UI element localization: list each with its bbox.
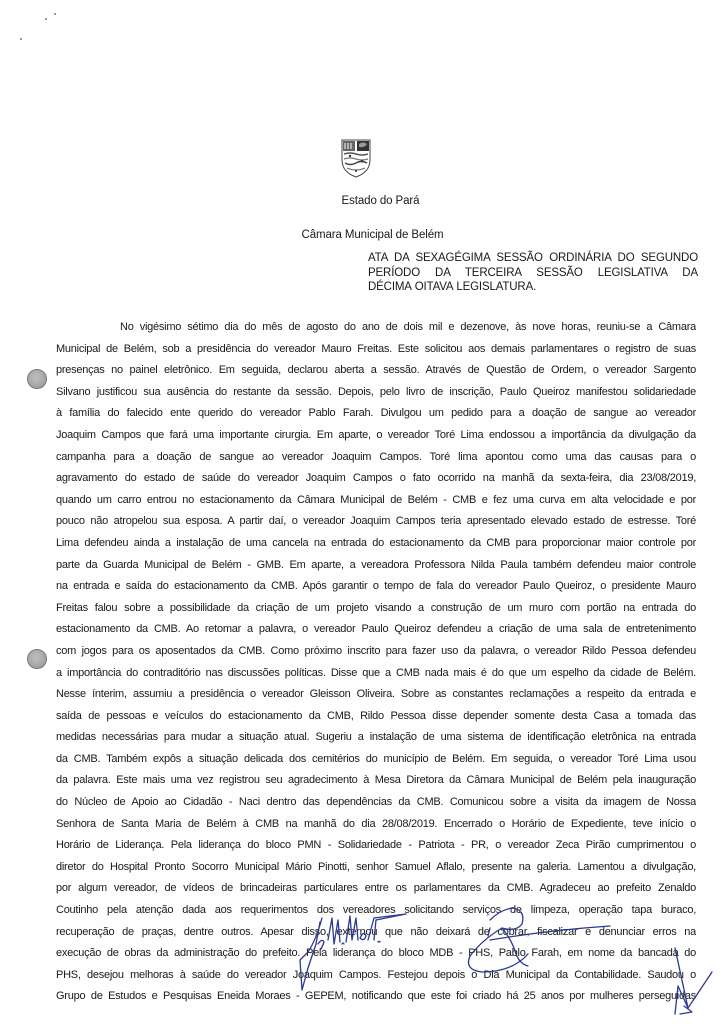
body-line: com jogos para os aposentados da CMB. Co…	[56, 641, 696, 663]
body-line: Horário de Liderança. Pela liderança do …	[56, 835, 696, 857]
body-line: saída de pessoas e veículos do estaciona…	[56, 706, 696, 728]
body-line: Municipal de Belém, sob a presidência do…	[56, 339, 696, 361]
body-line: à família do falecido ente querido do ve…	[56, 403, 696, 425]
body-line: Silvano justificou sua ausência do resta…	[56, 382, 696, 404]
body-line: Nesse ínterim, assumiu a presidência o v…	[56, 684, 696, 706]
body-line: estacionamento da CMB. Ao retomar a pala…	[56, 619, 696, 641]
body-line: diretor do Hospital Pronto Socorro Munic…	[56, 857, 696, 879]
speck	[54, 13, 56, 15]
title-line: PERÍODO DA TERCEIRA SESSÃO LEGISLATIVA D…	[368, 266, 698, 281]
body-line: agravamento do estado de saúde do veread…	[56, 468, 696, 490]
body-line: medidas necessárias para mudar a situaçã…	[56, 727, 696, 749]
body-line: pouco não atropelou sua esposa. A partir…	[56, 511, 696, 533]
body-line: Joaquim Campos que fará uma importante c…	[56, 425, 696, 447]
body-line: a importância do contraditório nas discu…	[56, 663, 696, 685]
speck	[20, 38, 22, 40]
body-line: por algum vereador, de vídeos de brincad…	[56, 878, 696, 900]
initials-icon	[675, 948, 712, 1014]
body-line: da CMB. Também expôs a situação delicada…	[56, 749, 696, 771]
title-line: DÉCIMA OITAVA LEGISLATURA.	[368, 280, 698, 295]
speck	[45, 18, 47, 20]
punch-hole	[27, 369, 47, 389]
chamber-name: Câmara Municipal de Belém	[10, 229, 725, 241]
body-line: da palavra. Este mais uma vez registrou …	[56, 770, 696, 792]
body-line: do Núcleo de Apoio ao Cidadão - Naci den…	[56, 792, 696, 814]
document-page: Estado do Pará Câmara Municipal de Belém…	[0, 0, 725, 1024]
body-line: na entrada e saída do estacionamento da …	[56, 576, 696, 598]
body-line: presenças no painel eletrônico. Em segui…	[56, 360, 696, 382]
minutes-title: ATA DA SEXAGÉGIMA SESSÃO ORDINÁRIA DO SE…	[368, 251, 698, 295]
title-line: ATA DA SEXAGÉGIMA SESSÃO ORDINÁRIA DO SE…	[368, 251, 698, 266]
body-line: quando um carro entrou no estacionamento…	[56, 490, 696, 512]
signatures-area	[250, 900, 725, 1024]
body-line: Freitas falou sobre a possibilidade da c…	[56, 598, 696, 620]
coat-of-arms-icon	[340, 138, 372, 178]
punch-hole	[27, 649, 47, 669]
body-line: parte da Guarda Municipal de Belém - GMB…	[56, 555, 696, 577]
signature-2-icon	[469, 908, 611, 972]
signature-1-icon	[300, 914, 406, 990]
state-name: Estado do Pará	[18, 195, 725, 207]
body-line: Lima defendeu ainda a instalação de uma …	[56, 533, 696, 555]
body-line: No vigésimo sétimo dia do mês de agosto …	[56, 317, 696, 339]
body-line: Senhora de Santa Maria de Belém à CMB na…	[56, 814, 696, 836]
body-line: campanha para a doação de sangue ao vere…	[56, 447, 696, 469]
